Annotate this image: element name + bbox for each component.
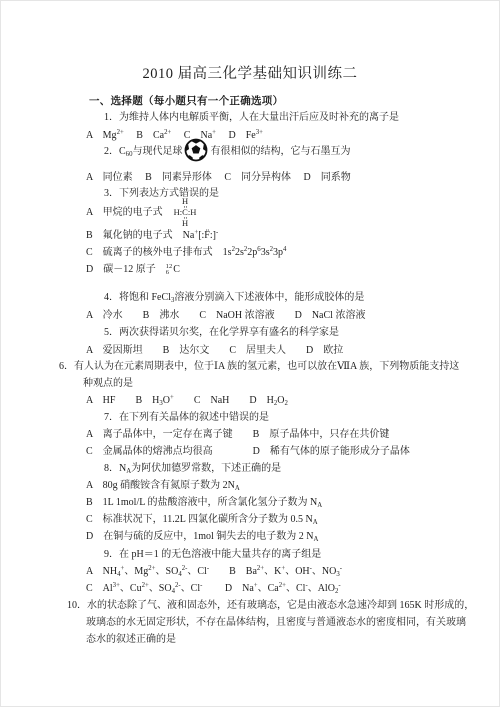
- text-segment: C 标准状况下，11.2L 四氯化碳所含分子数为 0.5 NA: [86, 513, 318, 526]
- text-segment: 7．在下列有关晶体的叙述中错误的是: [104, 411, 269, 424]
- isotope-mass-number-stack: 126: [166, 264, 173, 276]
- text-segment: 有很相似的结构，它与石墨互为: [210, 145, 350, 158]
- q9-options-cd: C Al3+、Cu2+、SO42-、Cl- D Na+、Ca2+、Cl-、AlO…: [86, 582, 341, 595]
- q4-stem: 4．将饱和 FeCl3溶液分别滴入下述液体中，能形成胶体的是: [104, 291, 364, 304]
- q8-stem: 8．NA为阿伏加德罗常数，下述正确的是: [104, 462, 281, 475]
- q8-option-a: A 80g 硝酸铵含有氮原子数为 2NA: [86, 479, 240, 492]
- q2-stem: 2．C60与现代足球有很相似的结构，它与石墨互为: [104, 139, 350, 164]
- q3-option-d: D 碳－12 原子 126C: [86, 263, 180, 276]
- text-segment: C 硫离子的核外电子排布式 1s22s22p63s23p4: [86, 246, 286, 259]
- document-page: 2010 届高三化学基础知识训练二 一、选择题（每小题只有一个正确选项） 1．为…: [0, 0, 500, 707]
- q7-stem: 7．在下列有关晶体的叙述中错误的是: [104, 411, 269, 424]
- text-segment: A 同位素 B 同素异形体 C 同分异构体 D 同系物: [86, 171, 351, 184]
- q8-option-b: B 1L 1mol/L 的盐酸溶液中，所含氯化氢分子数为 NA: [86, 496, 322, 509]
- q3-option-c: C 硫离子的核外电子排布式 1s22s22p63s23p4: [86, 246, 286, 259]
- text-segment: A 离子晶体中，一定存在离子键 B 原子晶体中，只存在共价键: [86, 428, 389, 441]
- q8-option-d: D 在铜与硫的反应中，1mol 铜失去的电子数为 2 NA: [86, 530, 318, 543]
- soccer-ball-icon: [184, 138, 208, 166]
- q9-options-ab: A NH4+、Mg2+、SO42-、Cl- B Ba2+、K+、OH-、NO3-: [86, 565, 342, 578]
- text-segment: 2．C60与现代足球: [104, 145, 182, 158]
- text-segment: 10．水的状态除了气、液和固态外，还有玻璃态，它是由液态水急速冷却到 165K …: [67, 599, 474, 612]
- q6-stem-line2: 种观点的是: [83, 377, 133, 390]
- q6-options: A HF B H3O+ C NaH D H2O2: [86, 394, 288, 407]
- text-segment: D 在铜与硫的反应中，1mol 铜失去的电子数为 2 NA: [86, 530, 318, 543]
- text-segment: A NH4+、Mg2+、SO42-、Cl- B Ba2+、K+、OH-、NO3-: [86, 565, 342, 578]
- text-segment: A 爱因斯坦 B 达尔文 C 居里夫人 D 欧拉: [86, 344, 343, 357]
- text-segment: A 甲烷的电子式: [86, 206, 173, 219]
- q4-options: A 冷水 B 沸水 C NaOH 浓溶液 D NaCl 浓溶液: [86, 309, 365, 322]
- q10-stem-line3: 态水的叙述正确的是: [86, 633, 176, 646]
- text-segment: A 冷水 B 沸水 C NaOH 浓溶液 D NaCl 浓溶液: [86, 309, 365, 322]
- text-segment: C Al3+、Cu2+、SO42-、Cl- D Na+、Ca2+、Cl-、AlO…: [86, 582, 341, 595]
- text-segment: 5．两次获得诺贝尔奖，在化学界享有盛名的科学家是: [104, 326, 339, 339]
- section-header: 一、选择题（每小题只有一个正确选项）: [89, 93, 283, 108]
- q1-stem: 1．为维持人体内电解质平衡，人在大量出汗后应及时补充的离子是: [104, 111, 399, 124]
- text-segment: 玻璃态的水无固定形状，不存在晶体结构，且密度与普通液态水的密度相同，有关玻璃: [86, 616, 466, 629]
- page-title: 2010 届高三化学基础知识训练二: [1, 62, 499, 83]
- text-segment: 4．将饱和 FeCl3溶液分别滴入下述液体中，能形成胶体的是: [104, 291, 364, 304]
- text-segment: 种观点的是: [83, 377, 133, 390]
- q9-stem: 9．在 pH＝1 的无色溶液中能大量共存的离子组是: [104, 548, 321, 561]
- q5-stem: 5．两次获得诺贝尔奖，在化学界享有盛名的科学家是: [104, 326, 339, 339]
- methane-electron-dot-structure: H··H:C:H··H: [174, 198, 197, 227]
- q3-option-a: A 甲烷的电子式 H··H:C:H··H: [86, 197, 197, 227]
- text-segment: 9．在 pH＝1 的无色溶液中能大量共存的离子组是: [104, 548, 321, 561]
- text-segment: B 氟化钠的电子式 Na+[:F̈:]-: [86, 229, 218, 242]
- text-segment: 1．为维持人体内电解质平衡，人在大量出汗后应及时补充的离子是: [104, 111, 399, 124]
- text-segment: C 金属晶体的熔沸点均很高 D 稀有气体的原子能形成分子晶体: [86, 445, 410, 458]
- text-segment: 6．有人认为在元素周期表中，位于ⅠA 族的氢元素，也可以放在ⅦA 族，下列物质能…: [59, 360, 459, 373]
- q3-option-b: B 氟化钠的电子式 Na+[:F̈:]-: [86, 229, 218, 242]
- q10-stem-line2: 玻璃态的水无固定形状，不存在晶体结构，且密度与普通液态水的密度相同，有关玻璃: [86, 616, 466, 629]
- text-segment: C: [173, 263, 180, 276]
- text-segment: B 1L 1mol/L 的盐酸溶液中，所含氯化氢分子数为 NA: [86, 496, 322, 509]
- atomic-number: 6: [166, 270, 169, 276]
- lewis-row: H: [182, 220, 188, 227]
- q8-option-c: C 标准状况下，11.2L 四氯化碳所含分子数为 0.5 NA: [86, 513, 318, 526]
- q7-options-ab: A 离子晶体中，一定存在离子键 B 原子晶体中，只存在共价键: [86, 428, 389, 441]
- q5-options: A 爱因斯坦 B 达尔文 C 居里夫人 D 欧拉: [86, 344, 343, 357]
- text-segment: A 80g 硝酸铵含有氮原子数为 2NA: [86, 479, 240, 492]
- text-segment: D 碳－12 原子: [86, 263, 166, 276]
- text-segment: A HF B H3O+ C NaH D H2O2: [86, 394, 288, 407]
- q10-stem-line1: 10．水的状态除了气、液和固态外，还有玻璃态，它是由液态水急速冷却到 165K …: [67, 599, 474, 612]
- q6-stem-line1: 6．有人认为在元素周期表中，位于ⅠA 族的氢元素，也可以放在ⅦA 族，下列物质能…: [59, 360, 459, 373]
- text-segment: 8．NA为阿伏加德罗常数，下述正确的是: [104, 462, 281, 475]
- text-segment: 态水的叙述正确的是: [86, 633, 176, 646]
- q2-options: A 同位素 B 同素异形体 C 同分异构体 D 同系物: [86, 171, 351, 184]
- q7-options-cd: C 金属晶体的熔沸点均很高 D 稀有气体的原子能形成分子晶体: [86, 445, 410, 458]
